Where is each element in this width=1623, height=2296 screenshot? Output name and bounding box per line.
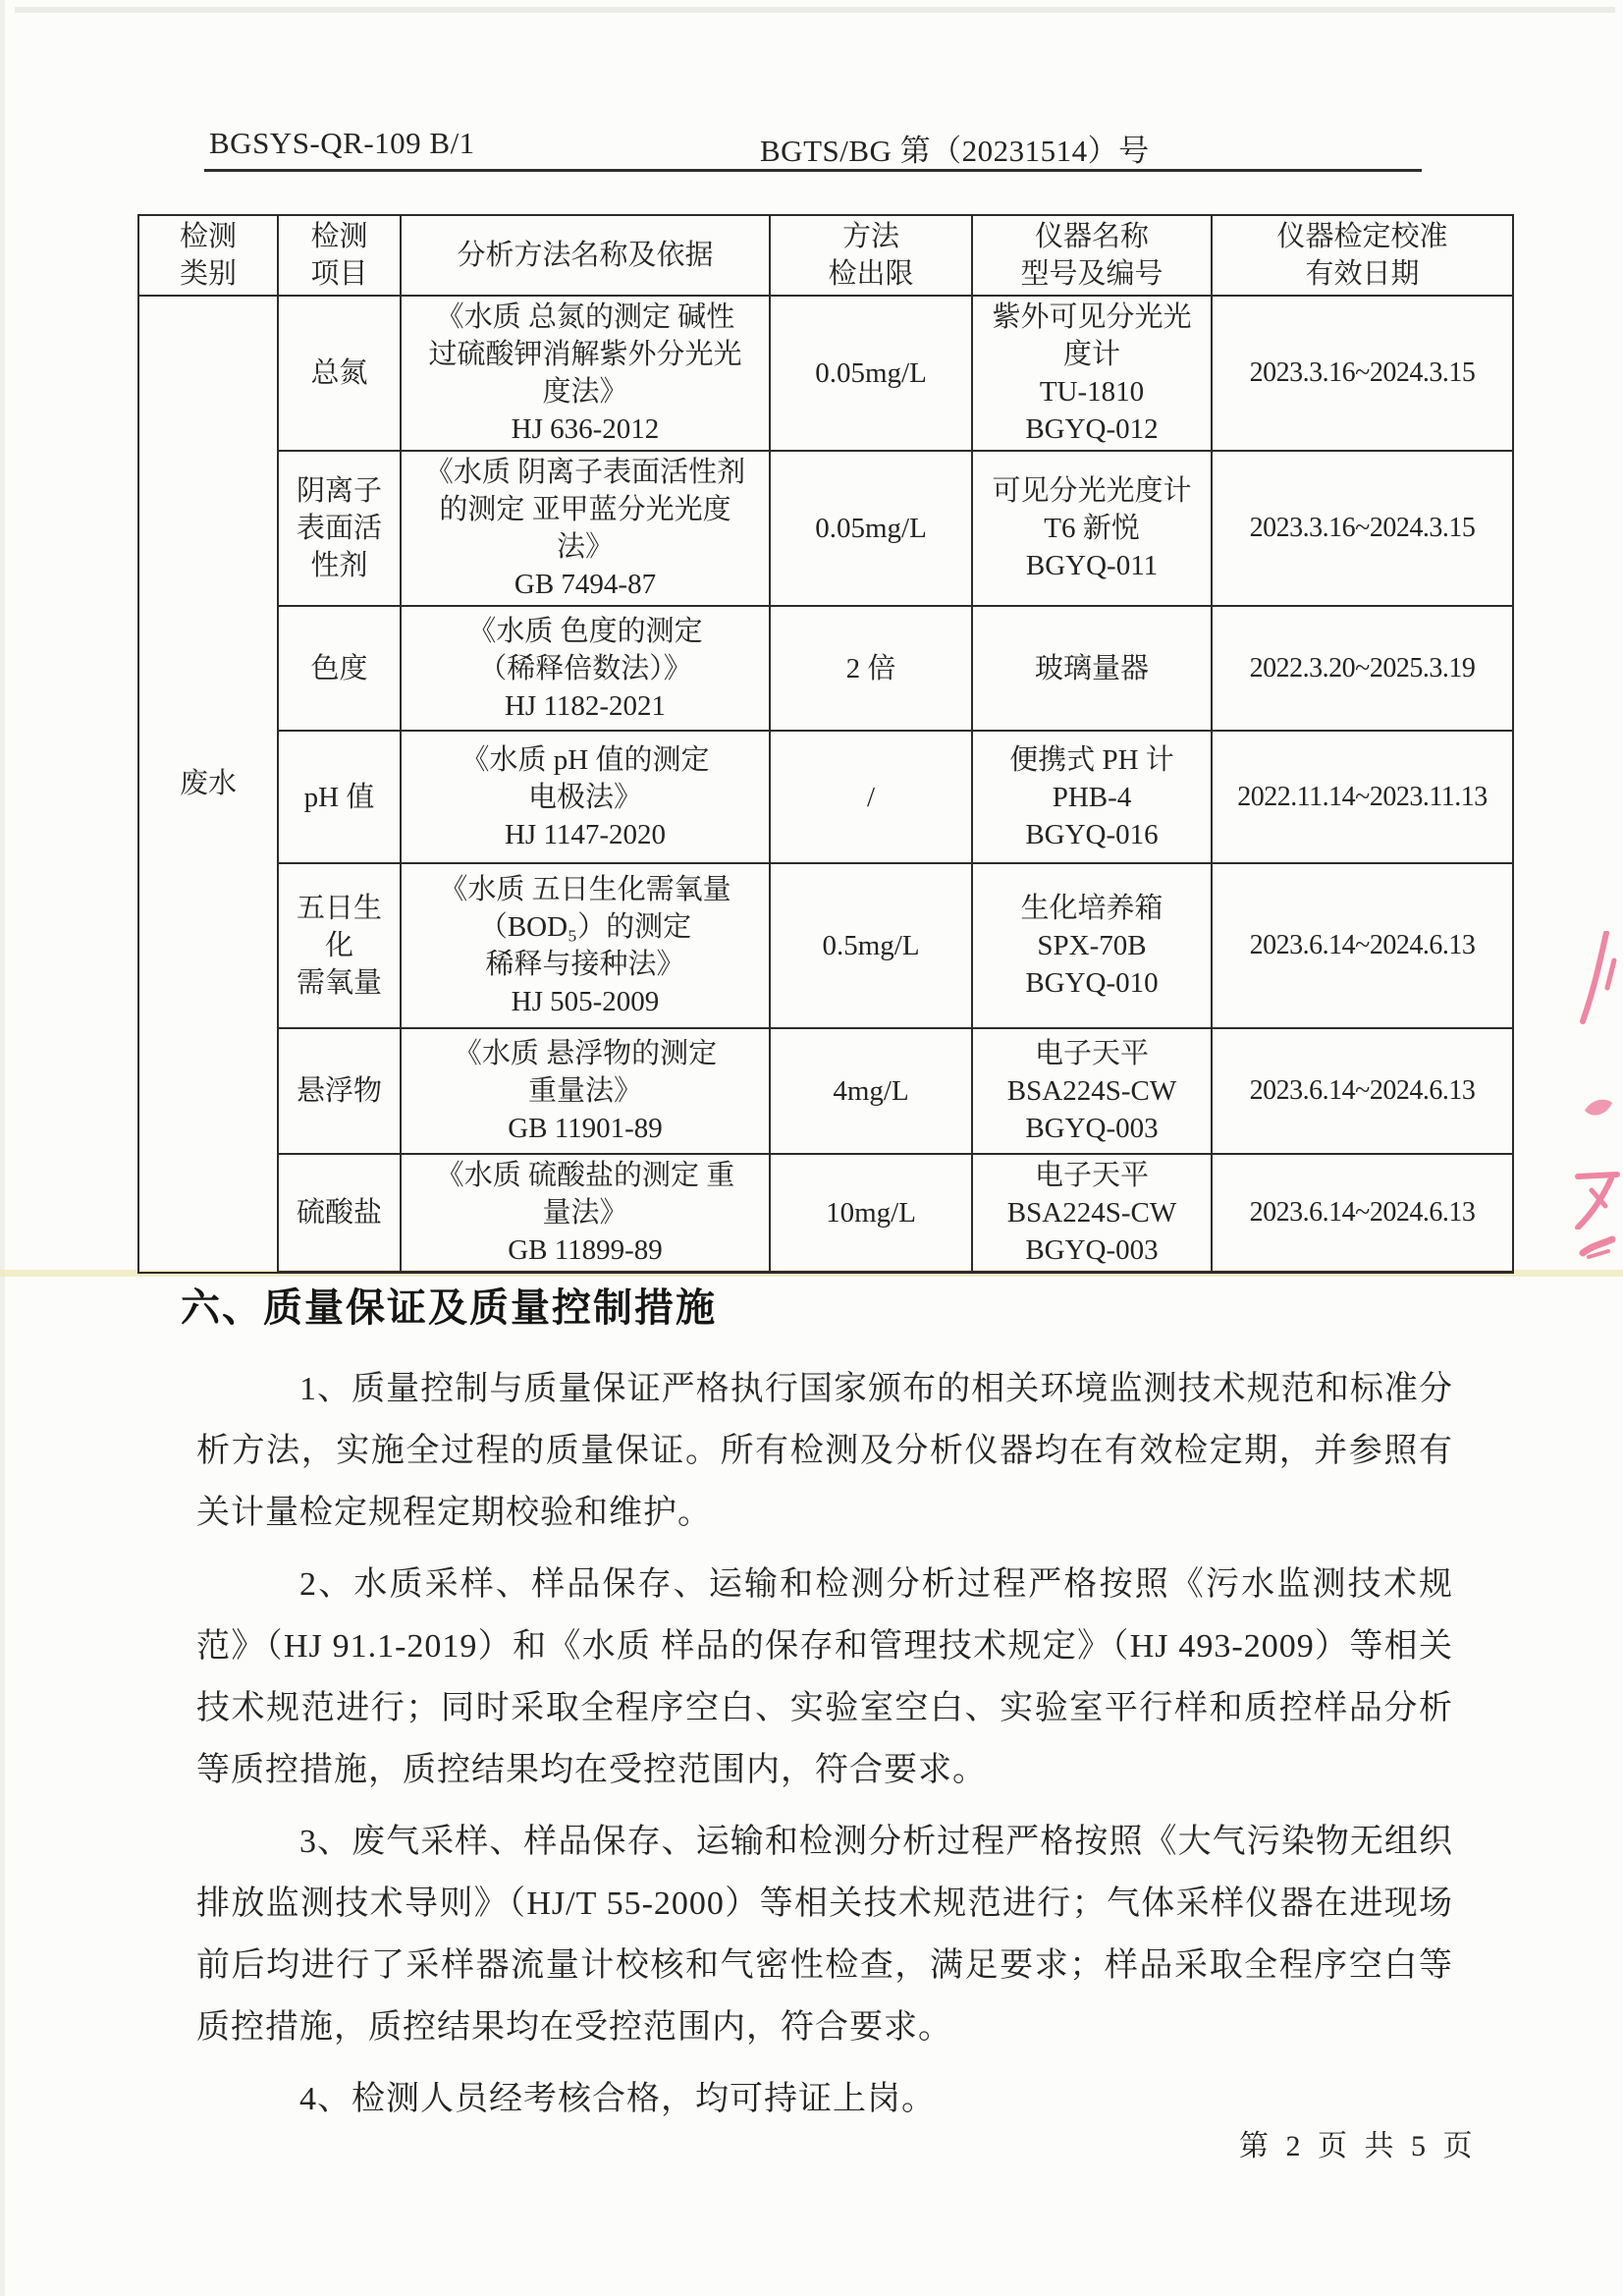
table-row: 废水 总氮 《水质 总氮的测定 碱性 过硫酸钾消解紫外分光光 度法》 HJ 63…	[138, 296, 1513, 451]
scan-artifact-top-streak	[15, 7, 1615, 13]
cell-instrument: 便携式 PH 计 PHB-4 BGYQ-016	[972, 731, 1212, 863]
cell-method: 《水质 硫酸盐的测定 重 量法》 GB 11899-89	[401, 1154, 770, 1273]
cell-category: 废水	[138, 296, 278, 1273]
cell-limit: 0.05mg/L	[770, 451, 972, 606]
red-ink-mark	[1575, 931, 1620, 1025]
cell-method: 《水质 总氮的测定 碱性 过硫酸钾消解紫外分光光 度法》 HJ 636-2012	[401, 296, 770, 451]
cell-item: pH 值	[278, 731, 401, 863]
cell-method: 《水质 悬浮物的测定 重量法》 GB 11901-89	[401, 1028, 770, 1154]
paragraph-2: 2、水质采样、样品保存、运输和检测分析过程严格按照《污水监测技术规范》（HJ 9…	[196, 1554, 1453, 1801]
table-header-row: 检测 类别 检测 项目 分析方法名称及依据 方法 检出限 仪器名称 型号及编号 …	[138, 215, 1513, 296]
cell-method: 《水质 pH 值的测定 电极法》 HJ 1147-2020	[401, 731, 770, 863]
cell-method: 《水质 五日生化需氧量 （BOD₅）的测定 稀释与接种法》 HJ 505-200…	[401, 863, 770, 1028]
col-header-method: 分析方法名称及依据	[401, 215, 770, 296]
cell-limit: 0.05mg/L	[770, 296, 972, 451]
table-row: 硫酸盐 《水质 硫酸盐的测定 重 量法》 GB 11899-89 10mg/L …	[138, 1154, 1513, 1273]
methods-table: 检测 类别 检测 项目 分析方法名称及依据 方法 检出限 仪器名称 型号及编号 …	[137, 214, 1514, 1274]
red-ink-mark	[1579, 1235, 1616, 1259]
qa-section: 六、质量保证及质量控制措施 1、质量控制与质量保证严格执行国家颁布的相关环境监测…	[196, 1277, 1453, 2140]
table-row: pH 值 《水质 pH 值的测定 电极法》 HJ 1147-2020 / 便携式…	[138, 731, 1513, 863]
table-row: 色度 《水质 色度的测定 （稀释倍数法）》 HJ 1182-2021 2 倍 玻…	[138, 606, 1513, 731]
cell-validity: 2023.6.14~2024.6.13	[1212, 1028, 1513, 1154]
cell-instrument: 电子天平 BSA224S-CW BGYQ-003	[972, 1154, 1212, 1273]
col-header-item: 检测 项目	[278, 215, 401, 296]
cell-limit: 2 倍	[770, 606, 972, 731]
table-row: 阴离子 表面活 性剂 《水质 阴离子表面活性剂 的测定 亚甲蓝分光光度 法》 G…	[138, 451, 1513, 606]
header-report-number: BGTS/BG 第（20231514）号	[760, 126, 1150, 170]
table-row: 五日生化 需氧量 《水质 五日生化需氧量 （BOD₅）的测定 稀释与接种法》 H…	[138, 863, 1513, 1028]
cell-limit: 4mg/L	[770, 1028, 972, 1154]
cell-item: 总氮	[278, 296, 401, 451]
section-title: 六、质量保证及质量控制措施	[181, 1277, 1453, 1333]
table-row: 悬浮物 《水质 悬浮物的测定 重量法》 GB 11901-89 4mg/L 电子…	[138, 1028, 1513, 1154]
cell-instrument: 玻璃量器	[972, 606, 1212, 731]
cell-item: 阴离子 表面活 性剂	[278, 451, 401, 606]
paragraph-3: 3、废气采样、样品保存、运输和检测分析过程严格按照《大气污染物无组织排放监测技术…	[196, 1811, 1453, 2058]
col-header-validity: 仪器检定校准 有效日期	[1212, 215, 1513, 296]
cell-instrument: 可见分光光度计 T6 新悦 BGYQ-011	[972, 451, 1212, 606]
cell-limit: 10mg/L	[770, 1154, 972, 1273]
cell-method: 《水质 色度的测定 （稀释倍数法）》 HJ 1182-2021	[401, 606, 770, 731]
col-header-limit: 方法 检出限	[770, 215, 972, 296]
cell-limit: 0.5mg/L	[770, 863, 972, 1028]
header-form-code: BGSYS-QR-109 B/1	[209, 126, 475, 161]
cell-validity: 2023.3.16~2024.3.15	[1212, 296, 1513, 451]
cell-item: 悬浮物	[278, 1028, 401, 1154]
cell-instrument: 电子天平 BSA224S-CW BGYQ-003	[972, 1028, 1212, 1154]
cell-validity: 2023.6.14~2024.6.13	[1212, 1154, 1513, 1273]
col-header-category: 检测 类别	[138, 215, 278, 296]
cell-validity: 2023.3.16~2024.3.15	[1212, 451, 1513, 606]
red-ink-mark	[1583, 1095, 1614, 1121]
cell-instrument: 紫外可见分光光 度计 TU-1810 BGYQ-012	[972, 296, 1212, 451]
header-rule	[204, 169, 1422, 172]
cell-method: 《水质 阴离子表面活性剂 的测定 亚甲蓝分光光度 法》 GB 7494-87	[401, 451, 770, 606]
cell-validity: 2022.11.14~2023.11.13	[1212, 731, 1513, 863]
cell-item: 硫酸盐	[278, 1154, 401, 1273]
cell-instrument: 生化培养箱 SPX-70B BGYQ-010	[972, 863, 1212, 1028]
page-number: 第 2 页 共 5 页	[1239, 2121, 1478, 2164]
col-header-instrument: 仪器名称 型号及编号	[972, 215, 1212, 296]
red-ink-mark	[1574, 1169, 1621, 1230]
paragraph-1: 1、质量控制与质量保证严格执行国家颁布的相关环境监测技术规范和标准分析方法，实施…	[196, 1358, 1453, 1544]
cell-validity: 2023.6.14~2024.6.13	[1212, 863, 1513, 1028]
cell-item: 五日生化 需氧量	[278, 863, 401, 1028]
cell-item: 色度	[278, 606, 401, 731]
document-page: BGSYS-QR-109 B/1 BGTS/BG 第（20231514）号 检测…	[0, 0, 1623, 2296]
scan-artifact-left-streak	[0, 0, 5, 2296]
cell-validity: 2022.3.20~2025.3.19	[1212, 606, 1513, 731]
cell-limit: /	[770, 731, 972, 863]
